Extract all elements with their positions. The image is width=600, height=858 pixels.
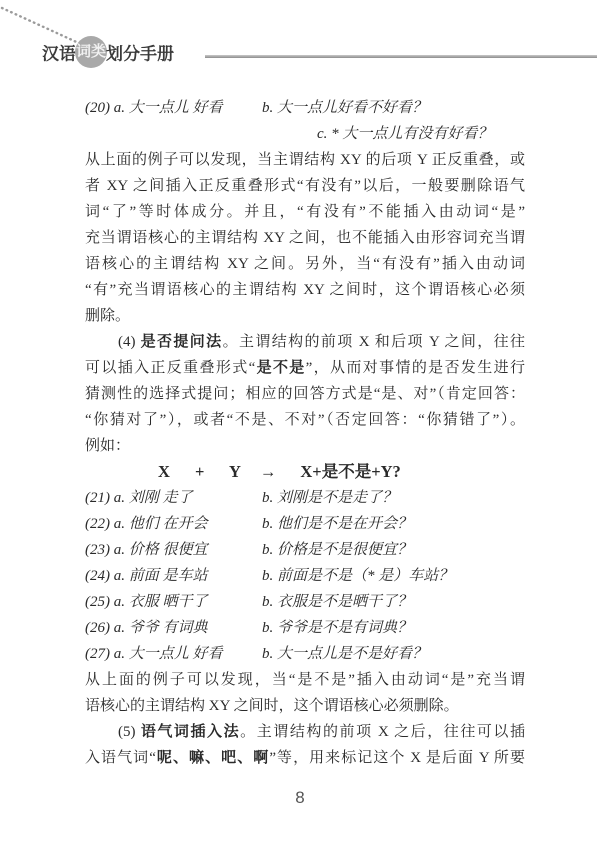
keyword-bold: 是不是 [255, 360, 305, 376]
formula-left: X + Y [158, 462, 248, 481]
example-21a: (21) a. 刘刚 走了 [85, 485, 262, 511]
header-title-post: 划分手册 [106, 45, 174, 64]
example-27a: (27) a. 大一点儿 好看 [85, 641, 262, 667]
closing-paragraph-line: 语核心的主谓结构 XY 之间时，这个谓语核心必须删除。 [85, 693, 525, 719]
paragraph-1-line: 词“了”等时体成分。并且，“有没有”不能插入由动词“是” [85, 199, 525, 225]
header-title-pre: 汉语 [42, 45, 76, 64]
page-number: 8 [0, 788, 600, 808]
paragraph-4-line: (4) 是否提问法。主谓结构的前项 X 和后项 Y 之间，往往 [85, 329, 525, 355]
paragraph-5-text: ”等，用来标记这个 X 是后面 Y 所要 [269, 750, 525, 766]
formula-right: X+是不是+Y? [300, 462, 400, 481]
paragraph-4-line: 可以插入正反重叠形式“是不是”，从而对事情的是否发生进行 [85, 355, 525, 381]
header-title-circle-badge: 词类 [75, 36, 107, 68]
paragraph-1-line: 充当谓语核心的主谓结构 XY 之间，也不能插入由形容词充当谓 [85, 225, 525, 251]
paragraph-4-line: “你猜对了”），或者“不是、不对”（否定回答：“你猜错了”）。 [85, 407, 525, 433]
example-row-27: (27) a. 大一点儿 好看 b. 大一点儿是不是好看？ [85, 641, 525, 667]
paragraph-4-line: 例如： [85, 433, 525, 459]
paragraph-1-line: 者 XY 之间插入正反重叠形式“有没有”以后，一般要删除语气 [85, 173, 525, 199]
example-row-22: (22) a. 他们 在开会 b. 他们是不是在开会？ [85, 511, 525, 537]
keyword-bold: 呢、嘛、吧、啊 [156, 750, 269, 766]
example-row-21: (21) a. 刘刚 走了 b. 刘刚是不是走了？ [85, 485, 525, 511]
example-25b: b. 衣服是不是晒干了？ [262, 589, 412, 615]
example-row-20: (20) a. 大一点儿 好看 b. 大一点儿好看不好看？ [85, 95, 525, 121]
paragraph-4-text: (4) [118, 334, 141, 350]
example-23a: (23) a. 价格 很便宜 [85, 537, 262, 563]
example-23b: b. 价格是不是很便宜？ [262, 537, 412, 563]
example-26b: b. 爷爷是不是有词典？ [262, 615, 412, 641]
page-body-text: (20) a. 大一点儿 好看 b. 大一点儿好看不好看？ c. * 大一点儿有… [85, 95, 525, 771]
example-27b: b. 大一点儿是不是好看？ [262, 641, 427, 667]
paragraph-4-text: ”，从而对事情的是否发生进行 [306, 360, 525, 376]
example-row-24: (24) a. 前面 是车站 b. 前面是不是（* 是）车站？ [85, 563, 525, 589]
paragraph-5-line: 入语气词“呢、嘛、吧、啊”等，用来标记这个 X 是后面 Y 所要 [85, 745, 525, 771]
paragraph-5-text: (5) [118, 724, 141, 740]
example-row-26: (26) a. 爷爷 有词典 b. 爷爷是不是有词典？ [85, 615, 525, 641]
book-page: 汉语词类划分手册 (20) a. 大一点儿 好看 b. 大一点儿好看不好看？ c… [0, 0, 600, 858]
example-22a: (22) a. 他们 在开会 [85, 511, 262, 537]
example-26a: (26) a. 爷爷 有词典 [85, 615, 262, 641]
example-24b: b. 前面是不是（* 是）车站？ [262, 563, 453, 589]
example-row-23: (23) a. 价格 很便宜 b. 价格是不是很便宜？ [85, 537, 525, 563]
header-title-circle-text: 词类 [76, 44, 106, 60]
paragraph-1-line: 从上面的例子可以发现，当主谓结构 XY 的后项 Y 正反重叠，或 [85, 147, 525, 173]
arrow-icon: → [260, 462, 277, 481]
example-25a: (25) a. 衣服 晒干了 [85, 589, 262, 615]
example-20a: (20) a. 大一点儿 好看 [85, 95, 262, 121]
example-24a: (24) a. 前面 是车站 [85, 563, 262, 589]
example-row-25: (25) a. 衣服 晒干了 b. 衣服是不是晒干了？ [85, 589, 525, 615]
paragraph-5-line: (5) 语气词插入法。主谓结构的前项 X 之后，往往可以插 [85, 719, 525, 745]
paragraph-4-line: 猜测性的选择式提问；相应的回答方式是“是、对”（肯定回答： [85, 381, 525, 407]
paragraph-1-line: 语核心的主谓结构 XY 之间。另外，当“有没有”插入由动词 [85, 251, 525, 277]
example-20b: b. 大一点儿好看不好看？ [262, 95, 427, 121]
paragraph-1-line: “有”充当谓语核心的主谓结构 XY 之间时，这个谓语核心必须 [85, 277, 525, 303]
method-name-bold: 语气词插入法 [141, 724, 240, 740]
example-20c: c. * 大一点儿有没有好看？ [317, 121, 525, 147]
closing-paragraph-line: 从上面的例子可以发现，当“是不是”插入由动词“是”充当谓 [85, 667, 525, 693]
method-name-bold: 是否提问法 [141, 334, 223, 350]
running-header: 汉语词类划分手册 [42, 36, 174, 70]
paragraph-1-line: 删除。 [85, 303, 525, 329]
example-21b: b. 刘刚是不是走了？ [262, 485, 397, 511]
paragraph-4-text: 可以插入正反重叠形式“ [85, 360, 255, 376]
paragraph-4-text: 。主谓结构的前项 X 和后项 Y 之间，往往 [223, 334, 525, 350]
paragraph-5-text: 。主谓结构的前项 X 之后，往往可以插 [240, 724, 525, 740]
transformation-formula: X + Y→X+是不是+Y? [85, 459, 525, 485]
example-22b: b. 他们是不是在开会？ [262, 511, 412, 537]
header-rule [205, 55, 597, 58]
paragraph-5-text: 入语气词“ [85, 750, 156, 766]
